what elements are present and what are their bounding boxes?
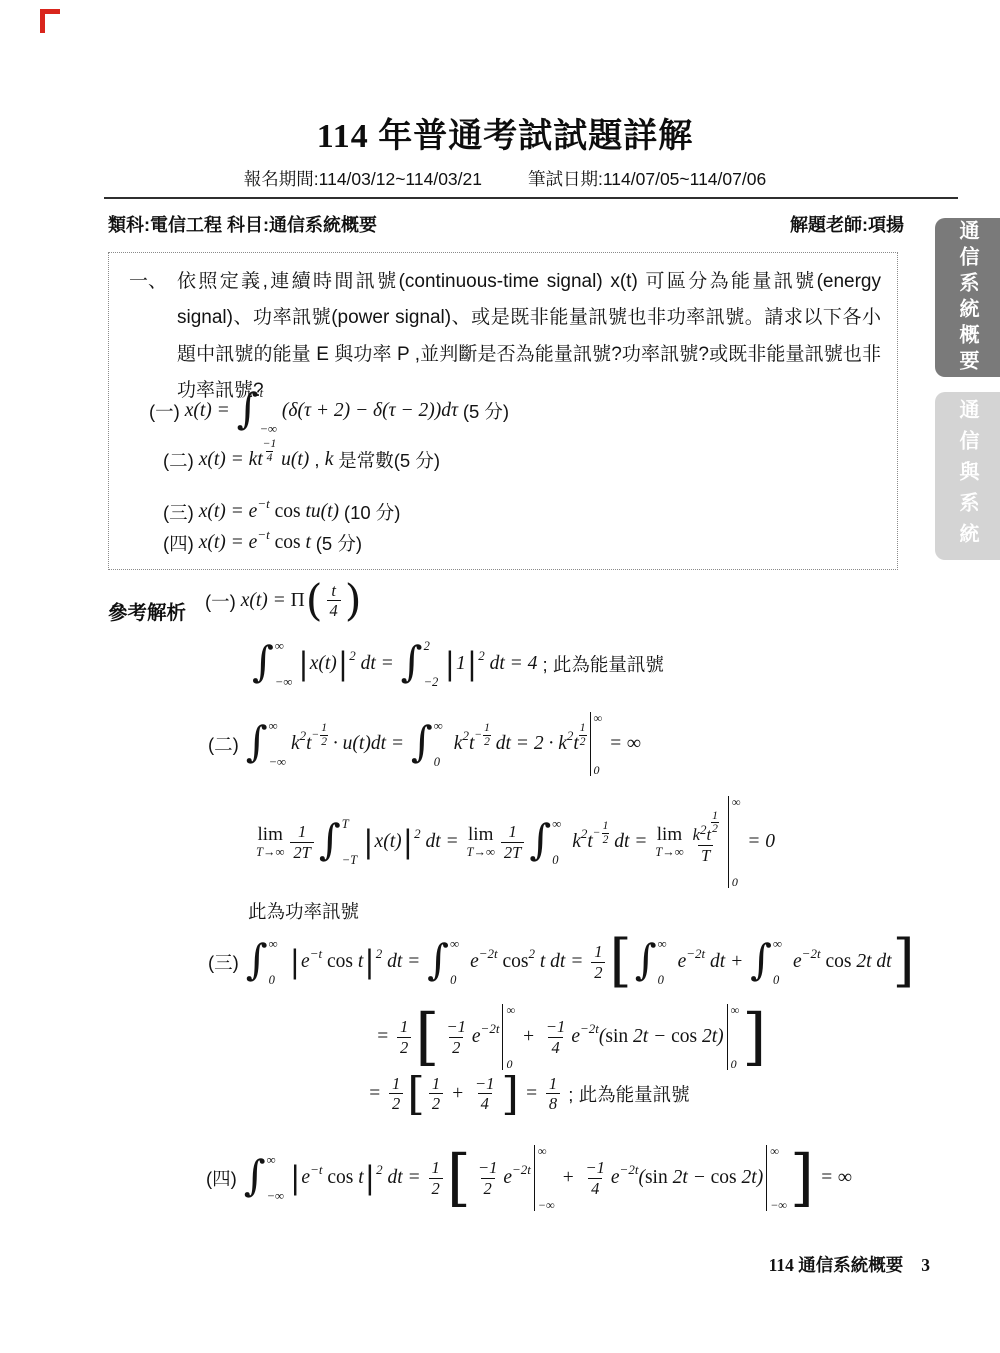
document-page: 114 年普通考試試題詳解 報名期間:114/03/12~114/03/21筆試…	[0, 0, 1000, 1353]
solver-name: 解題老師:項揚	[790, 211, 904, 237]
page-title: 114 年普通考試試題詳解	[0, 108, 1000, 157]
written-exam-date: 筆試日期:114/07/05~114/07/06	[528, 169, 766, 189]
sidebar-tab-next-label: 通信與系統	[953, 399, 982, 554]
sidebar-tab-next: 通信與系統	[935, 392, 1000, 560]
solution-line-9: (四) ∫∞−∞|e−t cos t|2 dt = 12[−12e−2t∞−∞ …	[206, 1145, 852, 1211]
solution-label: 參考解析	[108, 597, 186, 625]
sidebar-tab-current-label: 通信系統概要	[953, 220, 982, 376]
solution-line-5: 此為功率訊號	[248, 898, 359, 924]
corner-mark	[40, 9, 60, 14]
solution-line-1: (一) x(t) = Π(t4)	[205, 581, 363, 621]
solution-line-2: ∫∞−∞|x(t)|2 dt = ∫2−2|1|2 dt = 4 ; 此為能量訊…	[250, 640, 664, 688]
solution-line-4: limT→∞12T∫T−T|x(t)|2 dt = limT→∞12T∫∞0k2…	[253, 796, 775, 888]
solution-line-7: = 12[−12e−2t∞0 + −14e−2t(sin 2t − cos 2t…	[376, 1004, 767, 1070]
register-period: 報名期間:114/03/12~114/03/21	[244, 169, 482, 189]
category-subject: 類科:電信工程 科目:通信系統概要	[108, 211, 377, 237]
page-footer: 114 通信系統概要 3	[769, 1252, 930, 1277]
header-rule	[104, 197, 958, 199]
meta-row: 類科:電信工程 科目:通信系統概要 解題老師:項揚	[108, 211, 904, 237]
question-item-4: (四) x(t) = e−t cos t (5 分)	[163, 530, 362, 556]
solution-line-8: = 12[12 + −14] = 18 ; 此為能量訊號	[368, 1074, 690, 1114]
solution-line-3: (二) ∫∞−∞k2t−12 · u(t)dt = ∫∞0k2t−12 dt =…	[208, 712, 641, 776]
question-box: 一、 依照定義,連續時間訊號(continuous-time signal) x…	[108, 252, 898, 570]
footer-title: 114 通信系統概要	[769, 1252, 904, 1277]
question-item-3: (三) x(t) = e−t cos tu(t) (10 分)	[163, 499, 400, 525]
solution-line-6: (三) ∫∞0|e−t cos t|2 dt = ∫∞0e−2t cos2 t …	[208, 938, 916, 986]
question-item-1: (一) x(t) = ∫t−∞(δ(τ + 2) − δ(τ − 2))dτ (…	[149, 387, 509, 435]
page-number: 3	[921, 1255, 930, 1276]
question-item-2: (二) x(t) = kt−14 u(t) , k 是常數(5 分)	[163, 447, 440, 473]
exam-dates-line: 報名期間:114/03/12~114/03/21筆試日期:114/07/05~1…	[0, 166, 1000, 191]
sidebar-tab-current: 通信系統概要	[935, 218, 1000, 377]
